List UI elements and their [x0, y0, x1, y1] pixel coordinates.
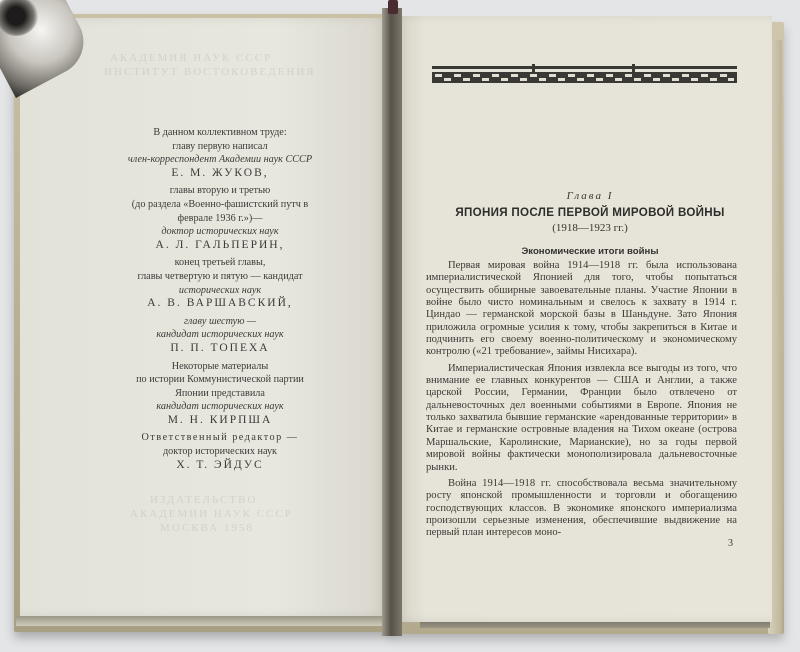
- ghost-text-bottom-1: ИЗДАТЕЛЬСТВО: [150, 494, 257, 506]
- paragraph: Первая мировая война 1914—1918 гг. была …: [426, 260, 737, 359]
- credit-line: главы вторую и третью: [100, 184, 340, 198]
- book-spine-gutter: [382, 8, 402, 636]
- credit-line: главу шестую —: [100, 315, 340, 329]
- book-photo: АКАДЕМИЯ НАУК СССР ИНСТИТУТ ВОСТОКОВЕДЕН…: [0, 0, 800, 652]
- author-name: Е. М. ЖУКОВ,: [100, 167, 340, 181]
- author-name: А. Л. ГАЛЬПЕРИН,: [100, 239, 340, 253]
- credit-line: Японии представила: [100, 387, 340, 401]
- left-bottom-edge: [16, 616, 386, 626]
- credit-line: главу первую написал: [100, 140, 340, 154]
- chapter-title: ЯПОНИЯ ПОСЛЕ ПЕРВОЙ МИРОВОЙ ВОЙНЫ: [420, 206, 760, 219]
- section-title: Экономические итоги войны: [420, 246, 760, 257]
- credit-line: член-корреспондент Академии наук СССР: [100, 153, 340, 167]
- credit-line: доктор исторических наук: [100, 445, 340, 459]
- chapter-years: (1918—1923 гг.): [420, 222, 760, 234]
- chapter-body-text: Первая мировая война 1914—1918 гг. была …: [426, 260, 737, 544]
- bookmark-ribbon: [388, 0, 398, 14]
- chapter-ornament-icon: [432, 64, 737, 84]
- credit-line: главы четвертую и пятую — кандидат: [100, 270, 340, 284]
- ghost-text-top-1: АКАДЕМИЯ НАУК СССР: [110, 52, 272, 64]
- credit-line: кандидат исторических наук: [100, 328, 340, 342]
- paragraph: Война 1914—1918 гг. способствовала весьм…: [426, 478, 737, 540]
- editor-label: Ответственный редактор —: [100, 431, 340, 445]
- credit-line: исторических наук: [100, 284, 340, 298]
- ghost-text-bottom-2: АКАДЕМИИ НАУК СССР: [130, 508, 293, 520]
- credits-block: В данном коллективном труде: главу перву…: [100, 126, 340, 476]
- credit-line: В данном коллективном труде:: [100, 126, 340, 140]
- chapter-label: Глава I: [420, 190, 760, 202]
- paragraph: Империалистическая Япония извлекла все в…: [426, 363, 737, 474]
- credit-line: кандидат исторических наук: [100, 400, 340, 414]
- credit-line: конец третьей главы,: [100, 256, 340, 270]
- author-name: П. П. ТОПЕХА: [100, 342, 340, 356]
- author-name: А. В. ВАРШАВСКИЙ,: [100, 297, 340, 311]
- credit-line: доктор исторических наук: [100, 225, 340, 239]
- author-name: М. Н. КИРПША: [100, 414, 340, 428]
- credit-line: феврале 1936 г.»)—: [100, 212, 340, 226]
- ghost-text-top-2: ИНСТИТУТ ВОСТОКОВЕДЕНИЯ: [104, 66, 316, 78]
- credit-line: Некоторые материалы: [100, 360, 340, 374]
- credit-line: (до раздела «Военно-фашистский путч в: [100, 198, 340, 212]
- credit-line: по истории Коммунистической партии: [100, 373, 340, 387]
- editor-name: Х. Т. ЭЙДУС: [100, 459, 340, 473]
- page-number: 3: [728, 538, 733, 549]
- ghost-text-bottom-3: МОСКВА 1958: [160, 522, 254, 534]
